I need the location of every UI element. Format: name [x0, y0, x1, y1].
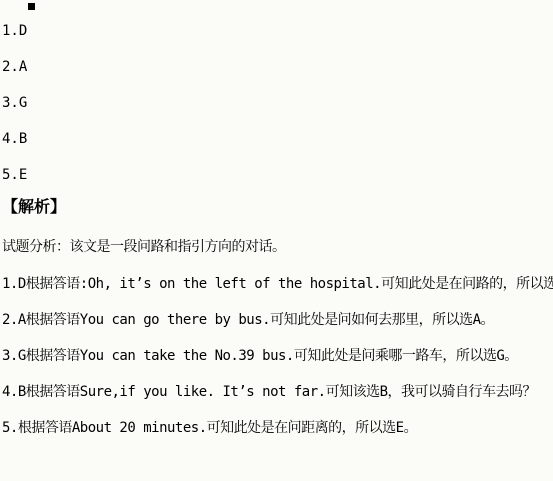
- analysis-intro: 试题分析：该文是一段问路和指引方向的对话。: [2, 239, 286, 255]
- answer-line-3: 3.G: [2, 95, 27, 111]
- answer-line-1: 1.D: [2, 23, 27, 39]
- analysis-item-4: 4.B根据答语Sure,if you like. It’s not far.可知…: [2, 384, 536, 400]
- answer-line-5: 5.E: [2, 167, 27, 183]
- answer-line-2: 2.A: [2, 59, 27, 75]
- analysis-item-3: 3.G根据答语You can take the No.39 bus.可知此处是问…: [2, 348, 518, 364]
- analysis-item-1: 1.D根据答语:Oh, it’s on the left of the hosp…: [2, 276, 553, 292]
- analysis-section-header: 【解析】: [2, 199, 66, 215]
- answer-key-document: 1.D 2.A 3.G 4.B 5.E 【解析】 试题分析：该文是一段问路和指引…: [0, 0, 553, 481]
- analysis-item-2: 2.A根据答语You can go there by bus.可知此处是问如何去…: [2, 312, 494, 328]
- analysis-item-5: 5.根据答语About 20 minutes.可知此处是在问距离的，所以选E。: [2, 420, 417, 436]
- section-bullet-square-icon: [28, 3, 35, 10]
- answer-line-4: 4.B: [2, 131, 27, 147]
